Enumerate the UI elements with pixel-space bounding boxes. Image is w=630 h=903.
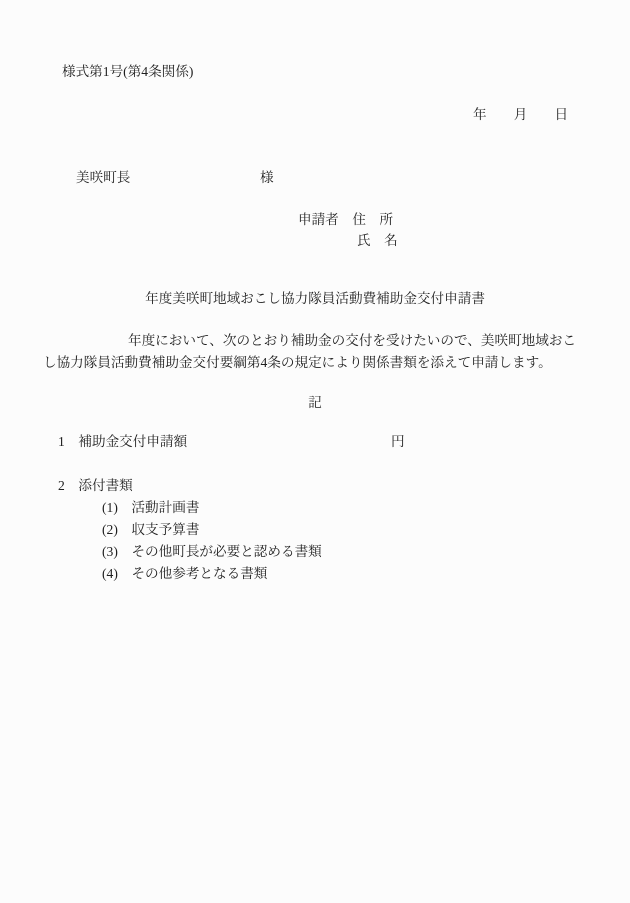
record-marker: 記 (0, 394, 630, 411)
addressee-honorific: 様 (260, 169, 274, 186)
attachment-item-mayor-required: (3) その他町長が必要と認める書類 (102, 543, 322, 560)
attachment-item-budget: (2) 収支予算書 (102, 521, 199, 538)
addressee-name: 美咲町長 (76, 169, 130, 186)
amount-unit-yen: 円 (391, 433, 405, 450)
body-paragraph: 年度において、次のとおり補助金の交付を受けたいので、美咲町地域おこ し協力隊員活… (43, 330, 595, 375)
applicant-address-label: 申請者 住 所 (298, 211, 393, 228)
document-title: 年度美咲町地域おこし協力隊員活動費補助金交付申請書 (0, 290, 630, 307)
date-line: 年 月 日 (473, 106, 568, 123)
item-2-attached-documents: 2 添付書類 (58, 477, 133, 494)
item-1-application-amount: 1 補助金交付申請額 (58, 433, 187, 450)
attachment-item-reference: (4) その他参考となる書類 (102, 565, 267, 582)
applicant-name-label: 氏 名 (357, 232, 398, 249)
attachment-item-activity-plan: (1) 活動計画書 (102, 499, 199, 516)
application-form-page: 様式第1号(第4条関係) 年 月 日 美咲町長 様 申請者 住 所 氏 名 年度… (0, 0, 630, 903)
form-number: 様式第1号(第4条関係) (62, 63, 193, 80)
